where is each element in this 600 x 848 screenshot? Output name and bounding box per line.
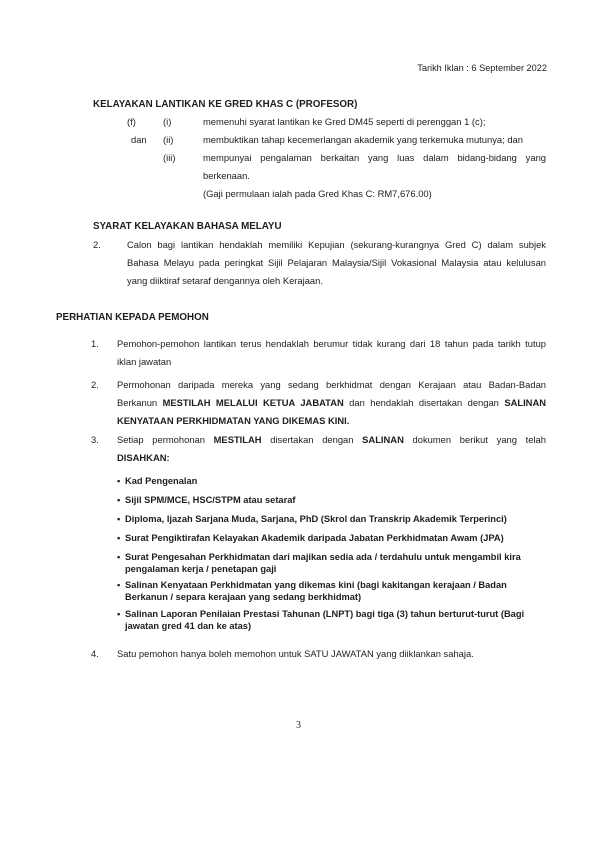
page-number: 3 (296, 721, 301, 731)
paragraph-line: Permohonan daripada mereka yang sedang b… (117, 380, 546, 389)
document-list-item: •Salinan Kenyataan Perkhidmatan yang dik… (117, 581, 507, 590)
paragraph-line: Satu pemohon hanya boleh memohon untuk S… (117, 649, 474, 658)
bullet-icon: • (117, 553, 125, 562)
salary-note: (Gaji permulaan ialah pada Gred Khas C: … (203, 189, 432, 198)
paragraph-number: 2. (91, 380, 99, 389)
document-list-item: •Sijil SPM/MCE, HSC/STPM atau setaraf (117, 496, 295, 505)
paragraph-number: 4. (91, 649, 99, 658)
document-list-item: •Surat Pengesahan Perkhidmatan dari maji… (117, 553, 521, 562)
item-text: memenuhi syarat lantikan ke Gred DM45 se… (203, 117, 485, 126)
item-number: (iii) (163, 153, 176, 162)
item-text: membuktikan tahap kecemerlangan akademik… (203, 135, 523, 144)
document-list-item: •Surat Pengiktirafan Kelayakan Akademik … (117, 534, 504, 543)
item-number: (i) (163, 117, 171, 126)
paragraph-number: 1. (91, 339, 99, 348)
document-list-item: •Salinan Laporan Penilaian Prestasi Tahu… (117, 610, 524, 619)
document-list-item-continued: pengalaman kerja / penetapan gaji (125, 565, 276, 574)
clause-marker: (f) (127, 117, 136, 126)
connector-word: dan (131, 135, 147, 144)
item-text-continued: berkenaan. (203, 171, 250, 180)
item-text: mempunyai pengalaman berkaitan yang luas… (203, 153, 546, 162)
bullet-icon: • (117, 581, 125, 590)
bullet-icon: • (117, 610, 125, 619)
paragraph-line-emphasis: DISAHKAN: (117, 453, 170, 462)
paragraph-line: Berkanun MESTILAH MELALUI KETUA JABATAN … (117, 398, 546, 407)
document-list-item: •Diploma, Ijazah Sarjana Muda, Sarjana, … (117, 515, 507, 524)
paragraph-line: iklan jawatan (117, 357, 171, 366)
bullet-icon: • (117, 496, 125, 505)
advert-date: Tarikh Iklan : 6 September 2022 (417, 64, 547, 73)
paragraph-number: 3. (91, 435, 99, 444)
paragraph-number: 2. (93, 240, 101, 249)
section-title-language: SYARAT KELAYAKAN BAHASA MELAYU (93, 222, 282, 232)
paragraph-line: yang diiktiraf setaraf dengannya oleh Ke… (127, 276, 323, 285)
document-list-item-continued: jawatan gred 41 dan ke atas) (125, 622, 251, 631)
emphasis: SALINAN (504, 397, 546, 408)
emphasis: MESTILAH (214, 434, 262, 445)
paragraph-line-emphasis: KENYATAAN PERKHIDMATAN YANG DIKEMAS KINI… (117, 416, 349, 425)
paragraph-line: Bahasa Melayu pada peringkat Sijil Pelaj… (127, 258, 546, 267)
bullet-icon: • (117, 477, 125, 486)
document-list-item: •Kad Pengenalan (117, 477, 197, 486)
section-title-professor: KELAYAKAN LANTIKAN KE GRED KHAS C (PROFE… (93, 100, 357, 110)
bullet-icon: • (117, 515, 125, 524)
item-number: (ii) (163, 135, 173, 144)
emphasis: MESTILAH MELALUI KETUA JABATAN (163, 397, 344, 408)
paragraph-line: Pemohon-pemohon lantikan terus hendaklah… (117, 339, 546, 348)
paragraph-line: Setiap permohonan MESTILAH disertakan de… (117, 435, 546, 444)
bullet-icon: • (117, 534, 125, 543)
section-title-notice: PERHATIAN KEPADA PEMOHON (56, 313, 209, 323)
emphasis: SALINAN (362, 434, 404, 445)
paragraph-line: Calon bagi lantikan hendaklah memiliki K… (127, 240, 546, 249)
document-list-item-continued: Berkanun / separa kerajaan yang sedang b… (125, 593, 361, 602)
